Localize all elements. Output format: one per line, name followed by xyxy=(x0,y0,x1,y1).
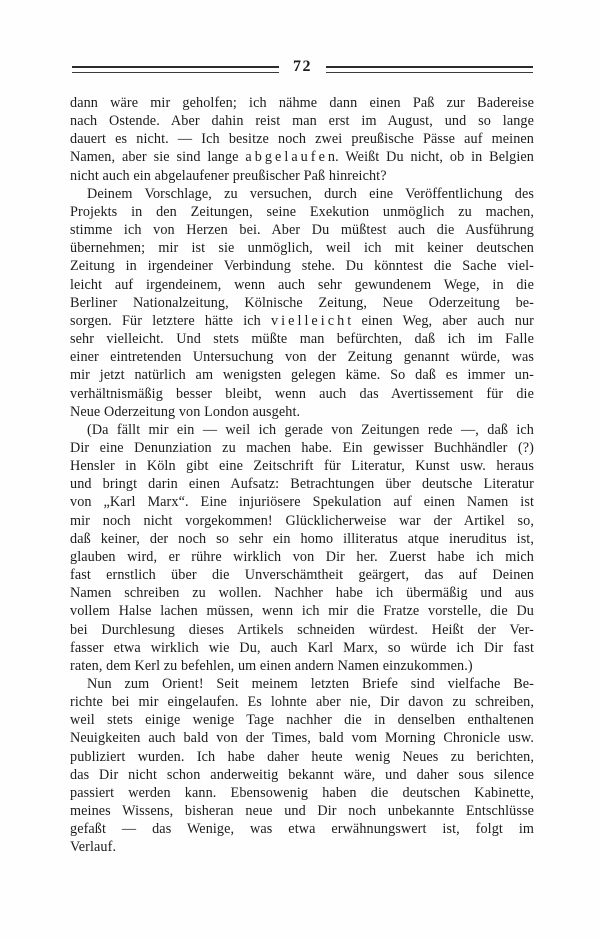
text-line: fast ernstlich über die Unverschämtheit … xyxy=(70,566,534,584)
text-line: das Dir nicht schon anderweitig bekannt … xyxy=(70,766,534,784)
text-line: Namen, aber sie sind lange a b g e l a u… xyxy=(70,148,534,166)
text-line: und bringt darin einen Aufsatz: Betracht… xyxy=(70,475,534,493)
text-line: Deinem Vorschlage, zu versuchen, durch e… xyxy=(70,185,534,203)
text-line: nach Ostende. Aber dahin reist man erst … xyxy=(70,112,534,130)
text-line: richte bei mir eingelaufen. Es lohnte ab… xyxy=(70,693,534,711)
text-line: passiert werden kann. Ebensowenig haben … xyxy=(70,784,534,802)
paragraph-2: Deinem Vorschlage, zu versuchen, durch e… xyxy=(70,185,534,421)
text-line: meines Wissens, bisheran neue und Dir no… xyxy=(70,802,534,820)
text-line: sehr vielleicht. Und stets müßte man bef… xyxy=(70,330,534,348)
text-line: stimme ich von Herzen bei. Aber Du müßte… xyxy=(70,221,534,239)
book-page: 72 dann wäre mir geholfen; ich nähme dan… xyxy=(0,0,600,940)
text-line: (Da fällt mir ein — weil ich gerade von … xyxy=(70,421,534,439)
paragraph-1: dann wäre mir geholfen; ich nähme dann e… xyxy=(70,94,534,185)
text-line: sorgen. Für letztere hätte ich v i e l l… xyxy=(70,312,534,330)
header-rule-right xyxy=(326,66,533,73)
text-line: mir jetzt natürlich am wenigsten gelegen… xyxy=(70,366,534,384)
text-line: mir noch nicht vorgekommen! Glücklicherw… xyxy=(70,512,534,530)
text-line: Projekts in den Zeitungen, seine Exekuti… xyxy=(70,203,534,221)
text-line: Neue Oderzeitung von London ausgeht. xyxy=(70,403,534,421)
text-line: daß keiner, der noch so sehr ein homo il… xyxy=(70,530,534,548)
text-line: übernehmen; mir ist sie unmöglich, weil … xyxy=(70,239,534,257)
text-line: raten, dem Kerl zu befehlen, um einen an… xyxy=(70,657,534,675)
text-line: dauert es nicht. — Ich besitze noch zwei… xyxy=(70,130,534,148)
text-line: Dir eine Denunziation zu machen habe. Ei… xyxy=(70,439,534,457)
text-line: Berliner Nationalzeitung, Kölnische Zeit… xyxy=(70,294,534,312)
text-line: fasser etwa wirklich wie Du, auch Karl M… xyxy=(70,639,534,657)
text-line: dann wäre mir geholfen; ich nähme dann e… xyxy=(70,94,534,112)
text-line: von „Karl Marx“. Eine injuriösere Spekul… xyxy=(70,493,534,511)
page-number: 72 xyxy=(293,58,312,76)
text-line: publiziert wurden. Ich habe daher heute … xyxy=(70,748,534,766)
text-line: Nun zum Orient! Seit meinem letzten Brie… xyxy=(70,675,534,693)
text-line: nicht auch ein abgelaufener preußischer … xyxy=(70,167,534,185)
text-line: einer eintretenden Untersuchung von der … xyxy=(70,348,534,366)
text-line: bei Durchlesung dieses Artikels schneide… xyxy=(70,621,534,639)
paragraph-4: Nun zum Orient! Seit meinem letzten Brie… xyxy=(70,675,534,857)
page-header: 72 xyxy=(72,60,533,78)
text-line: Zeitung in irgendeiner Verbindung stehe.… xyxy=(70,257,534,275)
text-line: Neuigkeiten auch bald von der Times, bal… xyxy=(70,729,534,747)
text-line: weil stets einige wenige Tage nachher di… xyxy=(70,711,534,729)
text-line: gefaßt — das Wenige, was etwa erwähnungs… xyxy=(70,820,534,838)
text-line: leicht auf irgendeinem, wenn auch sehr g… xyxy=(70,276,534,294)
text-line: vollem Halse lachen müssen, wenn ich mir… xyxy=(70,602,534,620)
text-line: Verlauf. xyxy=(70,838,534,856)
paragraph-3: (Da fällt mir ein — weil ich gerade von … xyxy=(70,421,534,675)
header-rule-left xyxy=(72,66,279,73)
text-line: Namen schreiben zu wollen. Nachher habe … xyxy=(70,584,534,602)
text-line: glauben wird, er rühre wirklich von Dir … xyxy=(70,548,534,566)
text-line: verhältnismäßig besser bleibt, wenn auch… xyxy=(70,385,534,403)
text-line: Hensler in Köln gibt eine Zeitschrift fü… xyxy=(70,457,534,475)
letter-text: dann wäre mir geholfen; ich nähme dann e… xyxy=(70,94,534,857)
